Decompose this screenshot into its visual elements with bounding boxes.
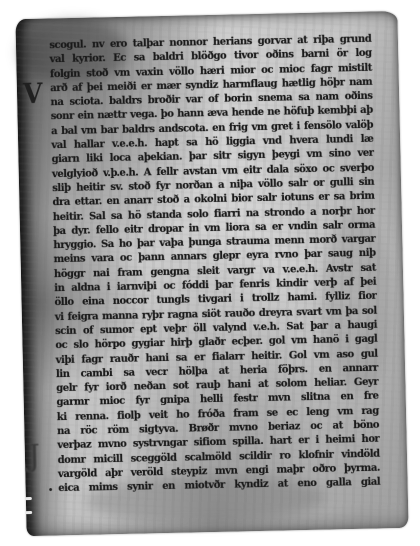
marginal-dot-mark: • (48, 486, 54, 497)
manuscript-text-block: scogul. nv ero talþar nonnor herians gor… (49, 33, 380, 497)
binding-stitch-mark (25, 511, 32, 514)
marginal-mark: J (28, 439, 41, 474)
photo-background: V J • scogul. nv ero talþar nonnor heria… (0, 0, 420, 546)
marginal-initial-v: V (23, 77, 43, 110)
binding-stitch-mark (25, 497, 32, 500)
manuscript-page: V J • scogul. nv ero talþar nonnor heria… (15, 11, 408, 536)
